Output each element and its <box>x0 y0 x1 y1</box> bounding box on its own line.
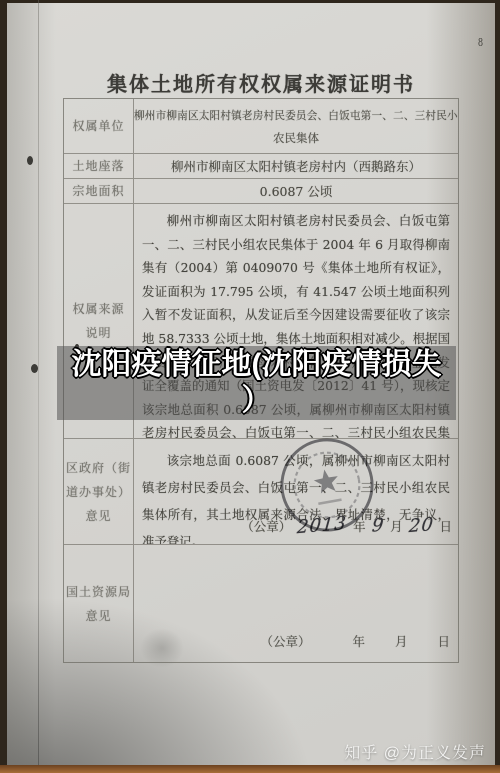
day-unit: 日 <box>437 632 450 650</box>
owner-unit-line1: 柳州市柳南区太阳村镇老房村民委员会、白饭屯第一、二、三村民小组 <box>134 108 458 123</box>
month-unit: 月 <box>395 632 408 650</box>
seal-placeholder-label: （公章） <box>260 632 310 650</box>
row-district-opinion: 区政府（街 道办事处） 意见 该宗地总面 0.6087 公顷，属柳州市柳南区太阳… <box>64 438 458 544</box>
paper-crease <box>38 0 39 773</box>
row-bureau-opinion: 国土资源局 意见 （公章） 年 月 日 <box>64 544 458 662</box>
bureau-signature-line: （公章） 年 月 日 <box>260 632 450 650</box>
zhihu-watermark: 知乎 @为正义发声 <box>344 740 486 763</box>
day-unit: 日 <box>439 517 452 535</box>
value-owner-unit: 柳州市柳南区太阳村镇老房村民委员会、白饭屯第一、二、三村民小组 农民集体 <box>134 99 458 153</box>
ink-speck <box>31 364 38 373</box>
year-unit: 年 <box>352 632 365 650</box>
value-parcel-area: 0.6087 公顷 <box>134 179 458 203</box>
seal-graphic <box>270 424 385 545</box>
row-owner-unit: 权属单位 柳州市柳南区太阳村镇老房村民委员会、白饭屯第一、二、三村民小组 农民集… <box>64 99 458 153</box>
row-land-location: 土地座落 柳州市柳南区太阳村镇老房村内（西鹅路东） <box>64 153 458 178</box>
caption-overlay: 沈阳疫情征地(沈阳疫情损失 ） <box>57 346 456 420</box>
caption-line2: ） <box>242 383 272 419</box>
ink-speck <box>27 156 33 165</box>
caption-line1: 沈阳疫情征地(沈阳疫情损失 <box>72 347 442 383</box>
owner-unit-line2: 农民集体 <box>134 130 458 146</box>
table-surface-edge <box>0 765 500 773</box>
row-parcel-area: 宗地面积 0.6087 公顷 <box>64 178 458 203</box>
handwritten-day: 20 <box>408 514 435 537</box>
label-district-opinion: 区政府（街 道办事处） 意见 <box>64 439 134 544</box>
label-owner-unit: 权属单位 <box>64 99 134 153</box>
label-bureau-opinion: 国土资源局 意见 <box>64 545 134 662</box>
document-title: 集体土地所有权权属来源证明书 <box>63 68 459 97</box>
month-unit: 月 <box>390 517 403 535</box>
label-parcel-area: 宗地面积 <box>64 179 134 203</box>
value-bureau-opinion: （公章） 年 月 日 <box>134 545 458 662</box>
seal-star-icon <box>312 467 340 494</box>
photographed-document: 8 集体土地所有权权属来源证明书 权属单位 柳州市柳南区太阳村镇老房村民委员会、… <box>0 0 500 773</box>
value-land-location: 柳州市柳南区太阳村镇老房村内（西鹅路东） <box>134 154 458 178</box>
label-land-location: 土地座落 <box>64 154 134 178</box>
official-round-seal <box>270 424 385 545</box>
page-mark: 8 <box>478 36 483 49</box>
